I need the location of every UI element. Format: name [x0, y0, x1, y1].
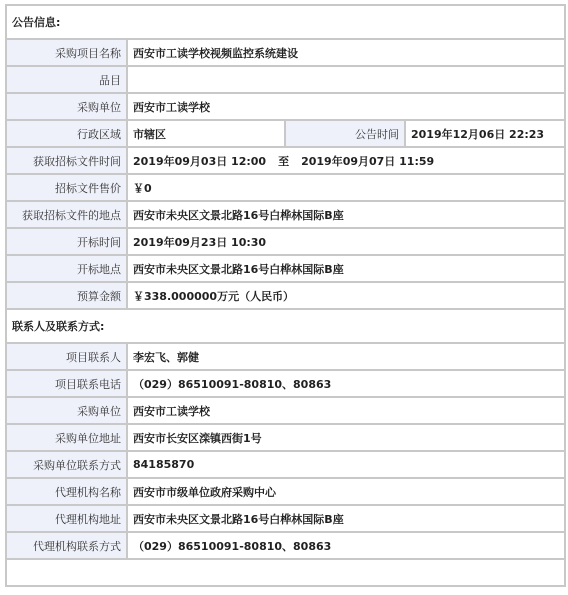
region-label: 行政区域: [6, 120, 127, 147]
publish-time-value: 2019年12月06日 22:23: [405, 120, 565, 147]
doc-time-value: 2019年09月03日 12:00至2019年09月07日 11:59: [127, 147, 565, 174]
budget-label: 预算金额: [6, 282, 127, 309]
doc-price-value: ￥0: [127, 174, 565, 201]
doc-price-label: 招标文件售价: [6, 174, 127, 201]
project-phone-value: （029）86510091-80810、80863: [127, 370, 565, 397]
row-agency-name: 代理机构名称 西安市市级单位政府采购中心: [6, 478, 565, 505]
announcement-table: 公告信息: 采购项目名称 西安市工读学校视频监控系统建设 品目 采购单位 西安市…: [5, 4, 566, 587]
row-project-contact: 项目联系人 李宏飞、郭健: [6, 343, 565, 370]
row-project-phone: 项目联系电话 （029）86510091-80810、80863: [6, 370, 565, 397]
agency-address-value: 西安市未央区文景北路16号白桦林国际B座: [127, 505, 565, 532]
row-purchaser-contact: 采购单位联系方式 84185870: [6, 451, 565, 478]
doc-time-end: 2019年09月07日 11:59: [301, 155, 434, 168]
open-location-value: 西安市未央区文景北路16号白桦林国际B座: [127, 255, 565, 282]
agency-name-value: 西安市市级单位政府采购中心: [127, 478, 565, 505]
row-purchaser: 采购单位 西安市工读学校: [6, 93, 565, 120]
row-contact-purchaser: 采购单位 西安市工读学校: [6, 397, 565, 424]
doc-time-start: 2019年09月03日 12:00: [133, 155, 266, 168]
agency-address-label: 代理机构地址: [6, 505, 127, 532]
row-project-name: 采购项目名称 西安市工读学校视频监控系统建设: [6, 39, 565, 66]
table-trailing-row: [6, 559, 565, 586]
doc-time-to: 至: [278, 155, 289, 168]
agency-name-label: 代理机构名称: [6, 478, 127, 505]
row-doc-price: 招标文件售价 ￥0: [6, 174, 565, 201]
row-doc-location: 获取招标文件的地点 西安市未央区文景北路16号白桦林国际B座: [6, 201, 565, 228]
row-agency-address: 代理机构地址 西安市未央区文景北路16号白桦林国际B座: [6, 505, 565, 532]
region-value: 市辖区: [127, 120, 285, 147]
doc-time-label: 获取招标文件时间: [6, 147, 127, 174]
row-purchaser-address: 采购单位地址 西安市长安区滦镇西街1号: [6, 424, 565, 451]
agency-contact-label: 代理机构联系方式: [6, 532, 127, 559]
purchaser-contact-value: 84185870: [127, 451, 565, 478]
section-title-contacts: 联系人及联系方式:: [6, 309, 565, 343]
contact-purchaser-value: 西安市工读学校: [127, 397, 565, 424]
row-agency-contact: 代理机构联系方式 （029）86510091-80810、80863: [6, 532, 565, 559]
project-contact-label: 项目联系人: [6, 343, 127, 370]
contact-purchaser-label: 采购单位: [6, 397, 127, 424]
project-name-label: 采购项目名称: [6, 39, 127, 66]
section-title-announcement: 公告信息:: [6, 5, 565, 39]
purchaser-label: 采购单位: [6, 93, 127, 120]
category-value: [127, 66, 565, 93]
doc-location-value: 西安市未央区文景北路16号白桦林国际B座: [127, 201, 565, 228]
row-open-location: 开标地点 西安市未央区文景北路16号白桦林国际B座: [6, 255, 565, 282]
budget-value: ￥338.000000万元（人民币）: [127, 282, 565, 309]
purchaser-value: 西安市工读学校: [127, 93, 565, 120]
purchaser-address-label: 采购单位地址: [6, 424, 127, 451]
row-category: 品目: [6, 66, 565, 93]
row-region-publish-time: 行政区域 市辖区 公告时间 2019年12月06日 22:23: [6, 120, 565, 147]
project-contact-value: 李宏飞、郭健: [127, 343, 565, 370]
project-name-value: 西安市工读学校视频监控系统建设: [127, 39, 565, 66]
open-time-value: 2019年09月23日 10:30: [127, 228, 565, 255]
purchaser-contact-label: 采购单位联系方式: [6, 451, 127, 478]
purchaser-address-value: 西安市长安区滦镇西街1号: [127, 424, 565, 451]
row-budget: 预算金额 ￥338.000000万元（人民币）: [6, 282, 565, 309]
project-phone-label: 项目联系电话: [6, 370, 127, 397]
category-label: 品目: [6, 66, 127, 93]
row-open-time: 开标时间 2019年09月23日 10:30: [6, 228, 565, 255]
open-location-label: 开标地点: [6, 255, 127, 282]
publish-time-label: 公告时间: [285, 120, 405, 147]
row-doc-time: 获取招标文件时间 2019年09月03日 12:00至2019年09月07日 1…: [6, 147, 565, 174]
open-time-label: 开标时间: [6, 228, 127, 255]
doc-location-label: 获取招标文件的地点: [6, 201, 127, 228]
agency-contact-value: （029）86510091-80810、80863: [127, 532, 565, 559]
